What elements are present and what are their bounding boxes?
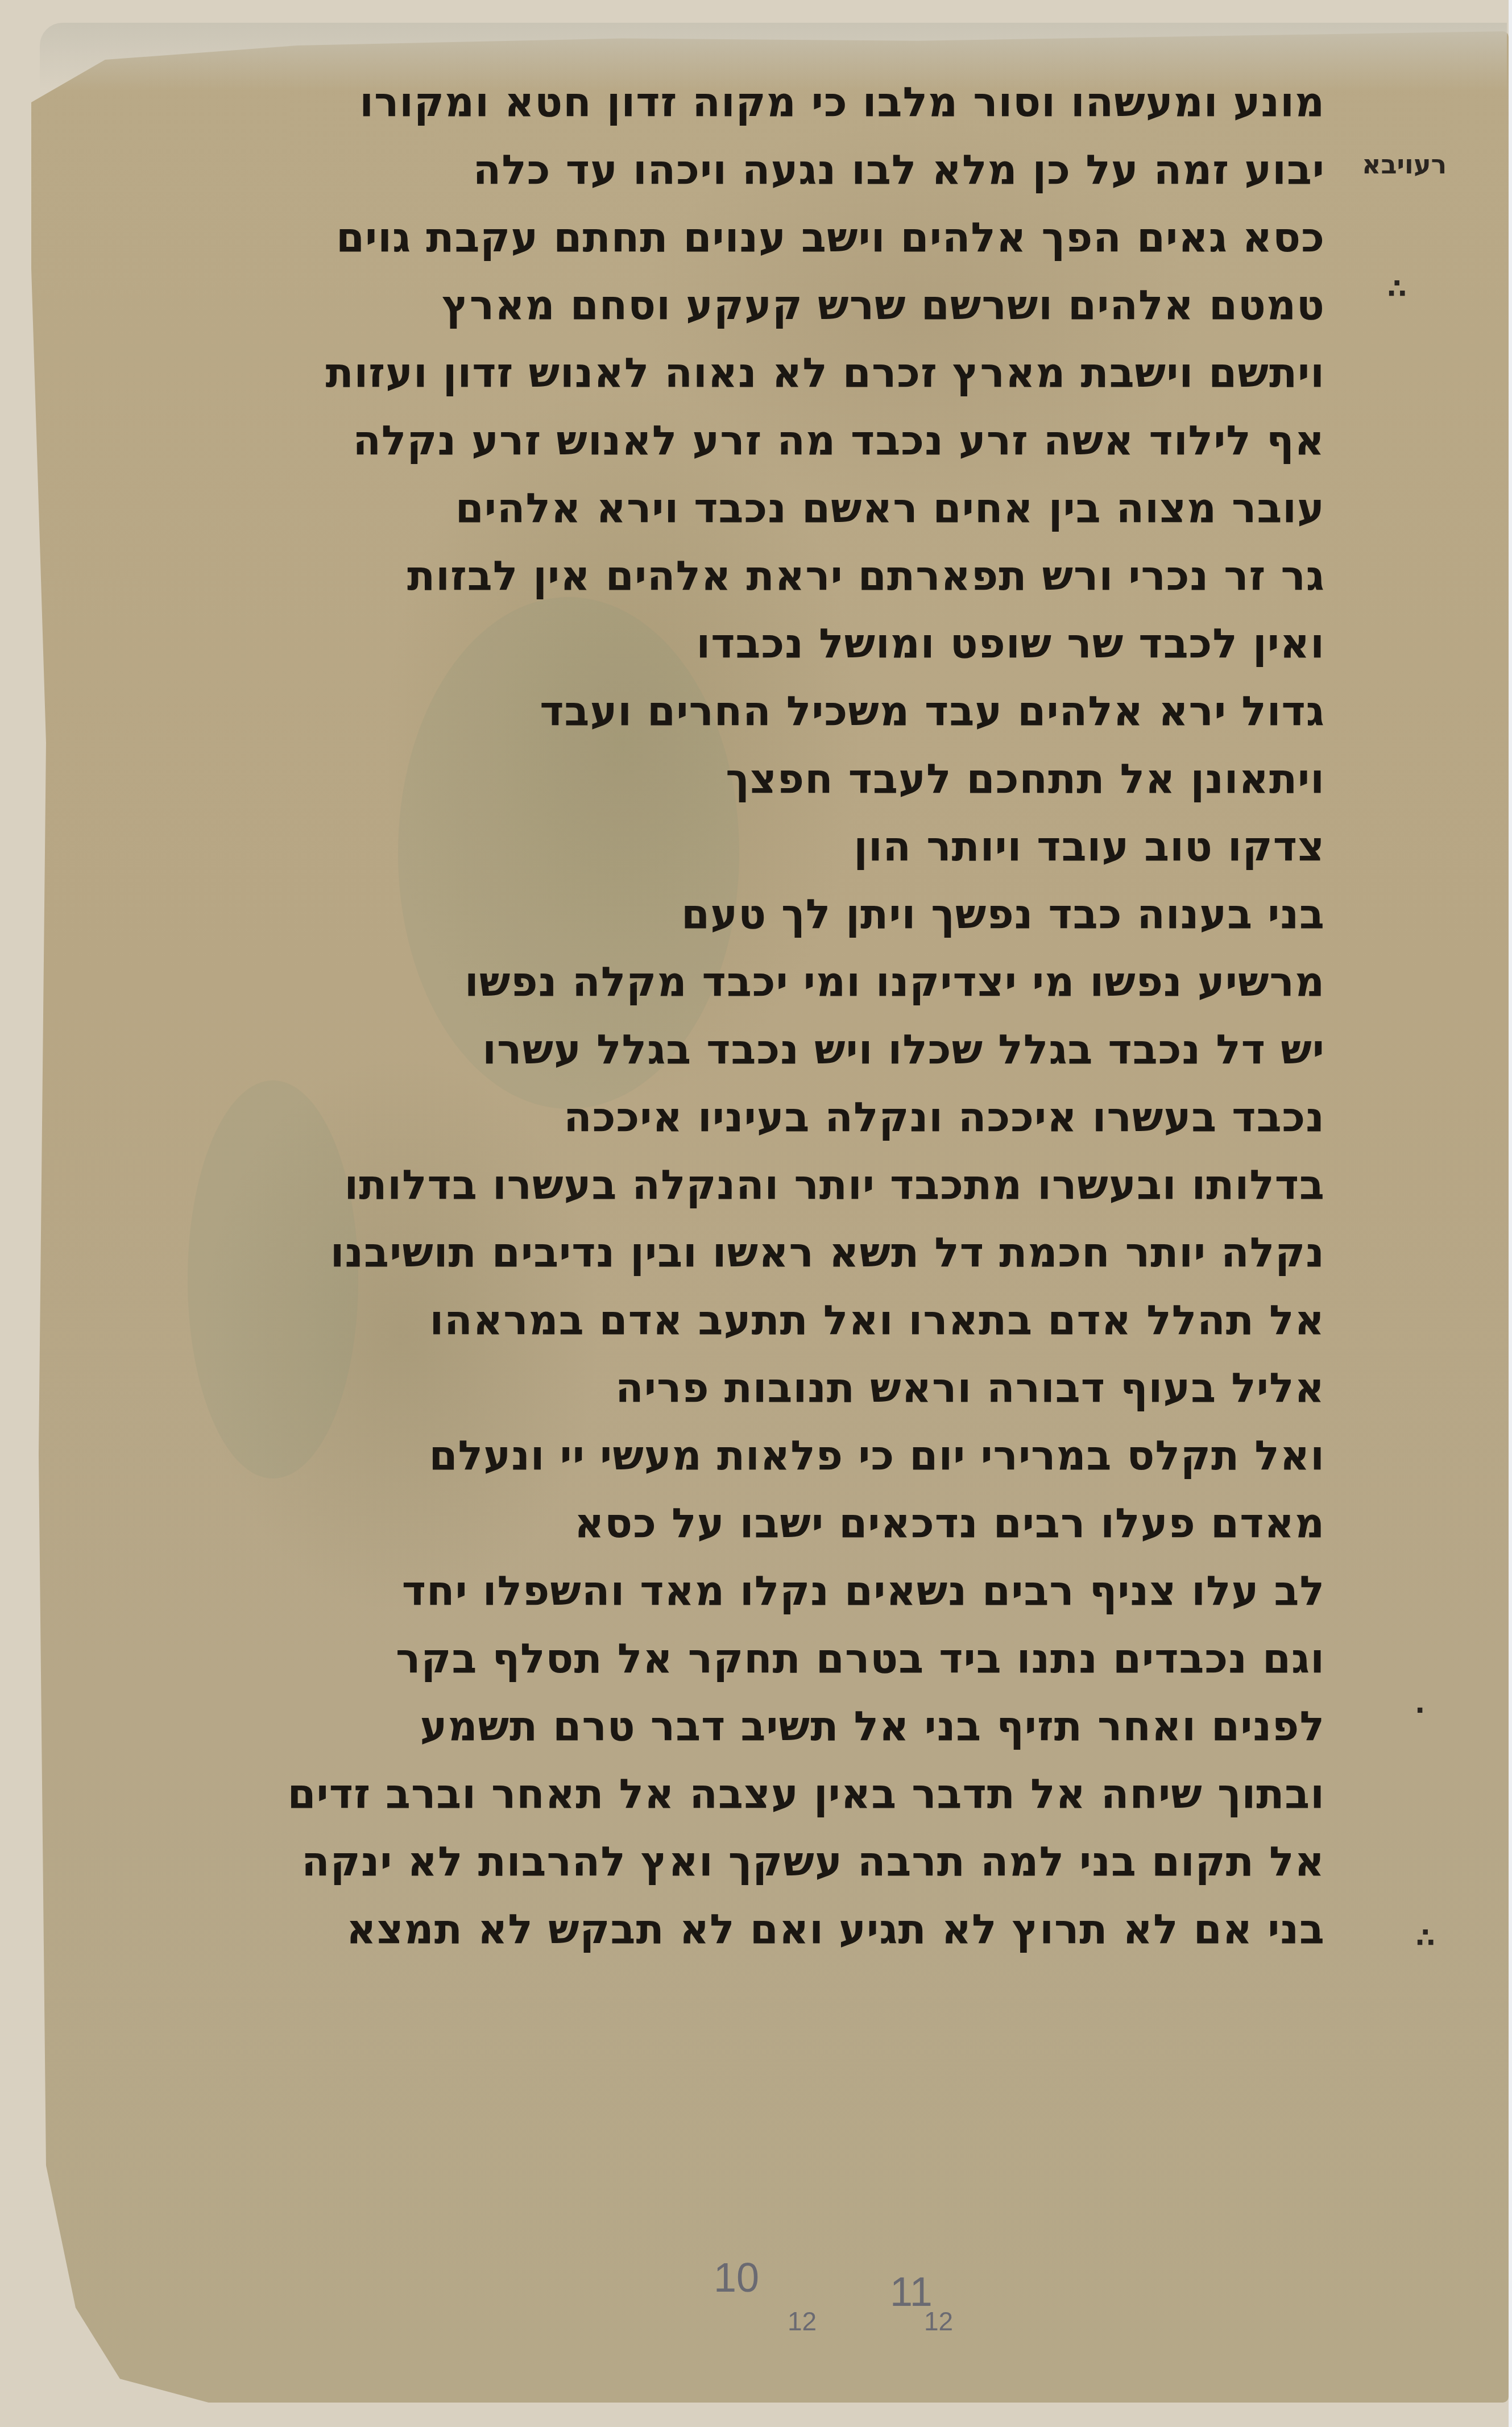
text-line: טמטם אלהים ושרשם שרש קעקע וסחם מארץ — [91, 271, 1325, 339]
text-line: לפנים ואחר תזיף בני אל תשיב דבר טרם תשמע — [91, 1692, 1325, 1760]
text-line: גר זר נכרי ורש תפארתם יראת אלהים אין לבז… — [91, 542, 1325, 610]
text-line: מונע ומעשהו וסור מלבו כי מקוה זדון חטא ו… — [91, 68, 1325, 136]
pencil-folio-number: 10 — [714, 2255, 759, 2301]
margin-mark: ∴ — [1416, 1922, 1435, 1954]
text-line: אף לילוד אשה זרע נכבד מה זרע לאנוש זרע נ… — [91, 407, 1325, 474]
text-line: בני בענוה כבד נפשך ויתן לך טעם — [91, 880, 1325, 948]
text-line: אל תקום בני למה תרבה עשקך ואץ להרבות לא … — [91, 1828, 1325, 1895]
text-line: ואל תקלס במרירי יום כי פלאות מעשי יי ונע… — [91, 1422, 1325, 1489]
text-line: וגם נכבדים נתנו ביד בטרם תחקר אל תסלף בק… — [91, 1625, 1325, 1692]
text-line: אל תהלל אדם בתארו ואל תתעב אדם במראהו — [91, 1286, 1325, 1354]
text-line: ובתוך שיחה אל תדבר באין עצבה אל תאחר ובר… — [91, 1760, 1325, 1828]
text-line: לב עלו צניף רבים נשאים נקלו מאד והשפלו י… — [91, 1557, 1325, 1625]
text-line: בדלותו ובעשרו מתכבד יותר והנקלה בעשרו בד… — [91, 1151, 1325, 1219]
scan-edge — [1509, 0, 1512, 2427]
text-line: נכבד בעשרו איככה ונקלה בעיניו איככה — [91, 1083, 1325, 1151]
text-line: נקלה יותר חכמת דל תשא ראשו ובין נדיבים ת… — [91, 1219, 1325, 1286]
text-line: מאדם פעלו רבים נדכאים ישבו על כסא — [91, 1489, 1325, 1557]
text-line: עובר מצוה בין אחים ראשם נכבד וירא אלהים — [91, 474, 1325, 542]
text-line: כסא גאים הפך אלהים וישב ענוים תחתם עקבת … — [91, 204, 1325, 271]
manuscript-text-block: מונע ומעשהו וסור מלבו כי מקוה זדון חטא ו… — [91, 68, 1325, 1963]
margin-mark: ∴ — [1387, 273, 1406, 305]
text-line: גדול ירא אלהים עבד משכיל החרים ועבד — [91, 677, 1325, 745]
text-line: אליל בעוף דבורה וראש תנובות פריה — [91, 1354, 1325, 1422]
marginal-note: רעויבא — [1362, 149, 1447, 180]
text-line: יבוע זמה על כן מלא לבו נגעה ויכהו עד כלה — [91, 136, 1325, 204]
text-line: ויתשם וישבת מארץ זכרם לא נאוה לאנוש זדון… — [91, 339, 1325, 407]
text-line: ואין לכבד שר שופט ומושל נכבדו — [91, 610, 1325, 677]
text-line: צדקו טוב עובד ויותר הון — [91, 813, 1325, 880]
margin-mark: · — [1415, 1695, 1425, 1726]
text-line: בני אם לא תרוץ לא תגיע ואם לא תבקש לא תמ… — [91, 1895, 1325, 1963]
text-line: מרשיע נפשו מי יצדיקנו ומי יכבד מקלה נפשו — [91, 948, 1325, 1016]
text-line: ויתאונן אל תתחכם לעבד חפצך — [91, 745, 1325, 813]
text-line: יש דל נכבד בגלל שכלו ויש נכבד בגלל עשרו — [91, 1016, 1325, 1083]
pencil-folio-subnumber: 12 — [788, 2306, 817, 2337]
pencil-folio-subnumber: 12 — [924, 2306, 953, 2337]
